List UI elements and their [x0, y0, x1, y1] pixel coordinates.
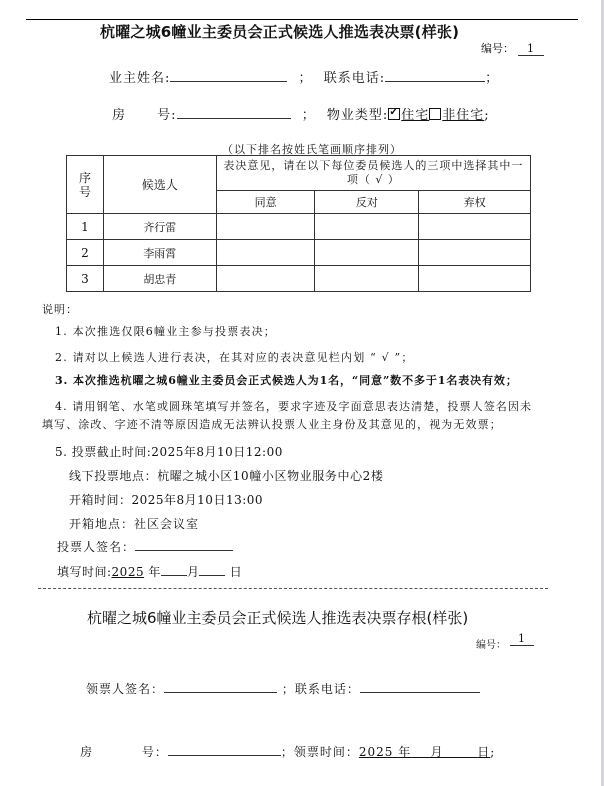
- checkbox-residential[interactable]: [388, 108, 400, 120]
- fill-year: 2025: [112, 565, 145, 579]
- room-input[interactable]: [177, 118, 291, 119]
- stub-room-row: 房 号：；领票时间：2025 年 月 日;: [80, 743, 495, 760]
- ballot-title: 杭曜之城6幢业主委员会正式候选人推选表决票(样张): [100, 21, 459, 42]
- agree-cell[interactable]: [216, 214, 315, 240]
- row-index: 1: [67, 214, 104, 240]
- owner-name-label: 业主姓名:: [109, 71, 170, 86]
- fill-time-row: 填写时间:2025 年月 日: [57, 563, 242, 580]
- oppose-cell[interactable]: [315, 240, 419, 266]
- voter-signature-input[interactable]: [135, 550, 233, 551]
- room-label-2: 号:: [157, 108, 176, 123]
- receive-date[interactable]: 2025 年 月 日: [359, 745, 490, 759]
- table-row: 3 胡忠青: [67, 266, 531, 292]
- col-agree-header: 同意: [216, 191, 315, 214]
- fill-time-label: 填写时间:: [57, 565, 112, 579]
- voter-signature-row: 投票人签名：: [57, 538, 233, 555]
- note-4-line-2: 填写、涂改、字迹不清等原因造成无法辨认投票人业主身份及其意见的，视为无效票；: [42, 416, 502, 432]
- abstain-cell[interactable]: [419, 214, 531, 240]
- receiver-signature-input[interactable]: [164, 692, 277, 693]
- note-1: 1. 本次推选仅限6幢业主参与投票表决；: [55, 323, 276, 339]
- month-unit: 月: [187, 565, 200, 579]
- notes-heading: 说明：: [42, 301, 78, 317]
- stub-room-label-1: 房: [80, 745, 93, 759]
- voter-signature-label: 投票人签名：: [57, 540, 135, 554]
- serial-label: 编号：: [481, 42, 514, 55]
- stub-serial: 编号： 1: [476, 636, 534, 652]
- cut-line: [38, 588, 548, 589]
- oppose-cell[interactable]: [315, 266, 419, 292]
- ballot-serial: 编号： 1: [481, 40, 544, 56]
- fill-month-input[interactable]: [161, 575, 187, 576]
- abstain-cell[interactable]: [419, 240, 531, 266]
- candidate-table: 序号 候选人 表决意见，请在以下每位委员候选人的三项中选择其中一项（ √ ） 同…: [66, 155, 531, 292]
- receiver-signature-label: 领票人签名：: [86, 682, 164, 696]
- serial-value: 1: [518, 42, 544, 56]
- separator: ；: [302, 108, 316, 123]
- separator: ；: [485, 71, 499, 86]
- table-row: 1 齐行雷: [67, 214, 531, 240]
- year-unit: 年: [148, 565, 161, 579]
- option-non-residential: 非住宅: [442, 108, 484, 123]
- note-5-deadline: 5. 投票截止时间:2025年8月10日12:00: [55, 443, 283, 460]
- top-divider: [26, 19, 578, 20]
- note-3: 3. 本次推选杭曜之城6幢业主委员会正式候选人为1名，“同意”数不多于1名表决有…: [55, 372, 518, 388]
- candidate-name: 胡忠青: [103, 266, 216, 292]
- row-index: 3: [67, 266, 104, 292]
- note-4-line-1: 4. 请用钢笔、水笔或圆珠笔填写并签名，要求字迹及字面意思表达清楚，投票人签名因…: [55, 398, 532, 414]
- stub-phone-label: ；联系电话：: [282, 682, 360, 696]
- receiver-row: 领票人签名： ；联系电话：: [86, 680, 480, 697]
- abstain-cell[interactable]: [419, 266, 531, 292]
- phone-label: 联系电话:: [324, 71, 385, 86]
- row-index: 2: [67, 240, 104, 266]
- col-abstain-header: 弃权: [419, 191, 531, 214]
- stub-phone-input[interactable]: [360, 692, 480, 693]
- owner-name-input[interactable]: [170, 81, 287, 82]
- col-index-header: 序号: [67, 156, 104, 214]
- room-row: 房 号: ； 物业类型:住宅非住宅;: [112, 104, 490, 123]
- checkbox-non-residential[interactable]: [429, 108, 441, 120]
- stub-title: 杭曜之城6幢业主委员会正式候选人推选表决票存根(样张): [87, 607, 468, 628]
- stub-room-label-2: 号：: [142, 745, 168, 759]
- property-type-options: 住宅非住宅: [388, 108, 484, 123]
- separator: ;: [490, 745, 495, 759]
- agree-cell[interactable]: [216, 240, 315, 266]
- box-open-location: 开箱地点：社区会议室: [69, 515, 199, 532]
- note-2: 2. 请对以上候选人进行表决，在其对应的表决意见栏内划 “ √ ”；: [55, 349, 414, 365]
- agree-cell[interactable]: [216, 266, 315, 292]
- candidate-name: 李雨霄: [103, 240, 216, 266]
- receive-time-label: ；领票时间：: [281, 745, 359, 759]
- separator: ；: [299, 71, 313, 86]
- candidate-name: 齐行雷: [103, 214, 216, 240]
- serial-value: 1: [510, 632, 534, 646]
- owner-row: 业主姓名: ； 联系电话:；: [109, 67, 499, 86]
- stub-room-input[interactable]: [168, 755, 281, 756]
- separator: ;: [484, 108, 489, 123]
- oppose-cell[interactable]: [315, 214, 419, 240]
- col-opinion-header: 表决意见，请在以下每位委员候选人的三项中选择其中一项（ √ ）: [216, 156, 530, 191]
- room-label-1: 房: [112, 108, 126, 123]
- property-type-label: 物业类型:: [327, 108, 388, 123]
- col-candidate-header: 候选人: [103, 156, 216, 214]
- serial-label: 编号：: [476, 640, 506, 651]
- box-open-time: 开箱时间：2025年8月10日13:00: [69, 491, 263, 508]
- table-row: 2 李雨霄: [67, 240, 531, 266]
- offline-vote-location: 线下投票地点：杭曜之城小区10幢小区物业服务中心2楼: [69, 467, 384, 484]
- phone-input[interactable]: [385, 81, 485, 82]
- col-oppose-header: 反对: [315, 191, 419, 214]
- fill-day-input[interactable]: [199, 575, 225, 576]
- day-unit: 日: [230, 565, 243, 579]
- option-residential: 住宅: [401, 108, 429, 123]
